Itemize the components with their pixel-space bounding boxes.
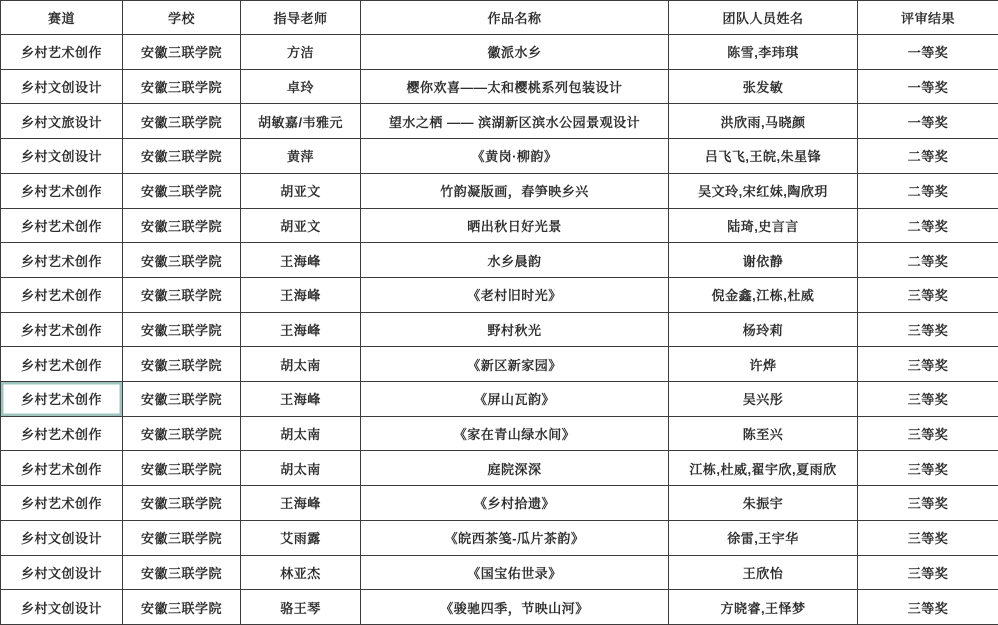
awards-table-body: 乡村艺术创作安徽三联学院方洁徽派水乡陈雪,李玮琪一等奖乡村文创设计安徽三联学院卓…: [1, 35, 998, 625]
cell-school[interactable]: 安徽三联学院: [123, 590, 241, 625]
cell-teacher[interactable]: 王海峰: [241, 382, 361, 417]
cell-work[interactable]: 《老村旧时光》: [361, 277, 669, 312]
cell-track[interactable]: 乡村艺术创作: [1, 312, 123, 347]
cell-result[interactable]: 一等奖: [858, 35, 998, 70]
cell-result[interactable]: 二等奖: [858, 243, 998, 278]
cell-teacher[interactable]: 林亚杰: [241, 555, 361, 590]
cell-work[interactable]: 《屏山瓦韵》: [361, 382, 669, 417]
cell-school[interactable]: 安徽三联学院: [123, 277, 241, 312]
cell-work[interactable]: 晒出秋日好光景: [361, 208, 669, 243]
cell-school[interactable]: 安徽三联学院: [123, 104, 241, 139]
table-row: 乡村艺术创作安徽三联学院方洁徽派水乡陈雪,李玮琪一等奖: [1, 35, 998, 70]
column-header-teacher[interactable]: 指导老师: [241, 1, 361, 35]
cell-track[interactable]: 乡村艺术创作: [1, 277, 123, 312]
cell-result[interactable]: 三等奖: [858, 451, 998, 486]
cell-school[interactable]: 安徽三联学院: [123, 486, 241, 521]
cell-result[interactable]: 三等奖: [858, 520, 998, 555]
table-row: 乡村文旅设计安徽三联学院胡敏嘉/韦雅元望水之栖 —— 滨湖新区滨水公园景观设计洪…: [1, 104, 998, 139]
table-row: 乡村艺术创作安徽三联学院胡亚文晒出秋日好光景陆琦,史言言二等奖: [1, 208, 998, 243]
cell-school[interactable]: 安徽三联学院: [123, 35, 241, 70]
cell-track[interactable]: 乡村艺术创作: [1, 451, 123, 486]
cell-work[interactable]: 野村秋光: [361, 312, 669, 347]
table-row: 乡村文创设计安徽三联学院骆王琴《骏驰四季，节映山河》方晓睿,王怿梦三等奖: [1, 590, 998, 625]
cell-teacher[interactable]: 卓玲: [241, 69, 361, 104]
table-row: 乡村艺术创作安徽三联学院胡太南《新区新家园》许烨三等奖: [1, 347, 998, 382]
cell-teacher[interactable]: 艾雨露: [241, 520, 361, 555]
table-row: 乡村艺术创作安徽三联学院王海峰《乡村拾遗》朱振宇三等奖: [1, 486, 998, 521]
cell-result[interactable]: 三等奖: [858, 555, 998, 590]
cell-team[interactable]: 倪金鑫,江栋,杜威: [669, 277, 858, 312]
cell-work[interactable]: 《皖西茶笺-瓜片茶韵》: [361, 520, 669, 555]
column-header-result[interactable]: 评审结果: [858, 1, 998, 35]
table-row: 乡村艺术创作安徽三联学院王海峰水乡晨韵谢依静二等奖: [1, 243, 998, 278]
awards-table: 赛道 学校 指导老师 作品名称 团队人员姓名 评审结果 乡村艺术创作安徽三联学院…: [0, 0, 998, 625]
cell-work[interactable]: 竹韵凝版画，春笋映乡兴: [361, 173, 669, 208]
cell-team[interactable]: 陆琦,史言言: [669, 208, 858, 243]
table-row: 乡村文创设计安徽三联学院艾雨露《皖西茶笺-瓜片茶韵》徐雷,王宇华三等奖: [1, 520, 998, 555]
cell-track[interactable]: 乡村文创设计: [1, 555, 123, 590]
cell-work[interactable]: 《新区新家园》: [361, 347, 669, 382]
cell-school[interactable]: 安徽三联学院: [123, 451, 241, 486]
table-row: 乡村文创设计安徽三联学院林亚杰《国宝佑世录》王欣怡三等奖: [1, 555, 998, 590]
cell-result[interactable]: 三等奖: [858, 416, 998, 451]
cell-team[interactable]: 王欣怡: [669, 555, 858, 590]
cell-teacher[interactable]: 胡太南: [241, 347, 361, 382]
cell-work[interactable]: 望水之栖 —— 滨湖新区滨水公园景观设计: [361, 104, 669, 139]
cell-track[interactable]: 乡村文创设计: [1, 590, 123, 625]
cell-teacher[interactable]: 王海峰: [241, 277, 361, 312]
cell-teacher[interactable]: 王海峰: [241, 486, 361, 521]
cell-team[interactable]: 方晓睿,王怿梦: [669, 590, 858, 625]
cell-school[interactable]: 安徽三联学院: [123, 243, 241, 278]
cell-teacher[interactable]: 骆王琴: [241, 590, 361, 625]
cell-track[interactable]: 乡村文创设计: [1, 520, 123, 555]
table-row: 乡村艺术创作安徽三联学院胡太南庭院深深江栋,杜威,翟宇欣,夏雨欣三等奖: [1, 451, 998, 486]
cell-teacher[interactable]: 方洁: [241, 35, 361, 70]
column-header-school[interactable]: 学校: [123, 1, 241, 35]
cell-result[interactable]: 三等奖: [858, 382, 998, 417]
cell-team[interactable]: 陈雪,李玮琪: [669, 35, 858, 70]
cell-team[interactable]: 吴兴彤: [669, 382, 858, 417]
cell-team[interactable]: 朱振宇: [669, 486, 858, 521]
cell-track[interactable]: 乡村文创设计: [1, 69, 123, 104]
cell-teacher[interactable]: 黄萍: [241, 139, 361, 174]
awards-table-header: 赛道 学校 指导老师 作品名称 团队人员姓名 评审结果: [1, 1, 998, 35]
cell-work[interactable]: 庭院深深: [361, 451, 669, 486]
cell-school[interactable]: 安徽三联学院: [123, 347, 241, 382]
table-row: 乡村艺术创作安徽三联学院王海峰《屏山瓦韵》吴兴彤三等奖: [1, 382, 998, 417]
cell-work[interactable]: 《黄岗·柳韵》: [361, 139, 669, 174]
cell-school[interactable]: 安徽三联学院: [123, 208, 241, 243]
cell-work[interactable]: 《家在青山绿水间》: [361, 416, 669, 451]
cell-result[interactable]: 三等奖: [858, 277, 998, 312]
cell-result[interactable]: 三等奖: [858, 347, 998, 382]
header-row: 赛道 学校 指导老师 作品名称 团队人员姓名 评审结果: [1, 1, 998, 35]
cell-school[interactable]: 安徽三联学院: [123, 382, 241, 417]
cell-track[interactable]: 乡村艺术创作: [1, 416, 123, 451]
cell-teacher[interactable]: 胡太南: [241, 451, 361, 486]
column-header-track[interactable]: 赛道: [1, 1, 123, 35]
cell-work[interactable]: 《骏驰四季，节映山河》: [361, 590, 669, 625]
cell-track[interactable]: 乡村文创设计: [1, 139, 123, 174]
cell-team[interactable]: 吴文玲,宋红妹,陶欣玥: [669, 173, 858, 208]
column-header-work[interactable]: 作品名称: [361, 1, 669, 35]
cell-track[interactable]: 乡村艺术创作: [1, 243, 123, 278]
awards-table-container: 赛道 学校 指导老师 作品名称 团队人员姓名 评审结果 乡村艺术创作安徽三联学院…: [0, 0, 998, 625]
cell-team[interactable]: 江栋,杜威,翟宇欣,夏雨欣: [669, 451, 858, 486]
column-header-team[interactable]: 团队人员姓名: [669, 1, 858, 35]
table-row: 乡村文创设计安徽三联学院卓玲樱你欢喜——太和樱桃系列包装设计张发敏一等奖: [1, 69, 998, 104]
table-row: 乡村艺术创作安徽三联学院胡太南《家在青山绿水间》陈至兴三等奖: [1, 416, 998, 451]
cell-result[interactable]: 二等奖: [858, 208, 998, 243]
cell-team[interactable]: 杨玲莉: [669, 312, 858, 347]
cell-track[interactable]: 乡村艺术创作: [1, 173, 123, 208]
cell-school[interactable]: 安徽三联学院: [123, 555, 241, 590]
cell-track-selected[interactable]: 乡村艺术创作: [1, 382, 123, 417]
cell-track[interactable]: 乡村文旅设计: [1, 104, 123, 139]
cell-team[interactable]: 张发敏: [669, 69, 858, 104]
cell-result[interactable]: 三等奖: [858, 312, 998, 347]
cell-result[interactable]: 一等奖: [858, 69, 998, 104]
cell-team[interactable]: 徐雷,王宇华: [669, 520, 858, 555]
cell-result[interactable]: 三等奖: [858, 486, 998, 521]
cell-result[interactable]: 二等奖: [858, 173, 998, 208]
cell-team[interactable]: 陈至兴: [669, 416, 858, 451]
cell-team[interactable]: 谢依静: [669, 243, 858, 278]
cell-team[interactable]: 洪欣雨,马晓颜: [669, 104, 858, 139]
cell-school[interactable]: 安徽三联学院: [123, 312, 241, 347]
cell-teacher[interactable]: 胡敏嘉/韦雅元: [241, 104, 361, 139]
cell-team[interactable]: 吕飞飞,王皖,朱星锋: [669, 139, 858, 174]
cell-school[interactable]: 安徽三联学院: [123, 139, 241, 174]
cell-result[interactable]: 二等奖: [858, 139, 998, 174]
cell-work[interactable]: 水乡晨韵: [361, 243, 669, 278]
cell-teacher[interactable]: 胡亚文: [241, 173, 361, 208]
cell-track[interactable]: 乡村艺术创作: [1, 347, 123, 382]
cell-teacher[interactable]: 胡亚文: [241, 208, 361, 243]
cell-school[interactable]: 安徽三联学院: [123, 416, 241, 451]
table-row: 乡村艺术创作安徽三联学院王海峰野村秋光杨玲莉三等奖: [1, 312, 998, 347]
cell-work[interactable]: 徽派水乡: [361, 35, 669, 70]
cell-school[interactable]: 安徽三联学院: [123, 520, 241, 555]
table-row: 乡村艺术创作安徽三联学院胡亚文竹韵凝版画，春笋映乡兴吴文玲,宋红妹,陶欣玥二等奖: [1, 173, 998, 208]
cell-work[interactable]: 《乡村拾遗》: [361, 486, 669, 521]
cell-school[interactable]: 安徽三联学院: [123, 69, 241, 104]
cell-work[interactable]: 《国宝佑世录》: [361, 555, 669, 590]
table-row: 乡村艺术创作安徽三联学院王海峰《老村旧时光》倪金鑫,江栋,杜威三等奖: [1, 277, 998, 312]
cell-result[interactable]: 一等奖: [858, 104, 998, 139]
cell-track[interactable]: 乡村艺术创作: [1, 35, 123, 70]
cell-teacher[interactable]: 王海峰: [241, 312, 361, 347]
cell-track[interactable]: 乡村艺术创作: [1, 208, 123, 243]
cell-result[interactable]: 三等奖: [858, 590, 998, 625]
cell-teacher[interactable]: 王海峰: [241, 243, 361, 278]
cell-work[interactable]: 樱你欢喜——太和樱桃系列包装设计: [361, 69, 669, 104]
cell-teacher[interactable]: 胡太南: [241, 416, 361, 451]
cell-team[interactable]: 许烨: [669, 347, 858, 382]
table-row: 乡村文创设计安徽三联学院黄萍《黄岗·柳韵》吕飞飞,王皖,朱星锋二等奖: [1, 139, 998, 174]
cell-track[interactable]: 乡村艺术创作: [1, 486, 123, 521]
cell-school[interactable]: 安徽三联学院: [123, 173, 241, 208]
